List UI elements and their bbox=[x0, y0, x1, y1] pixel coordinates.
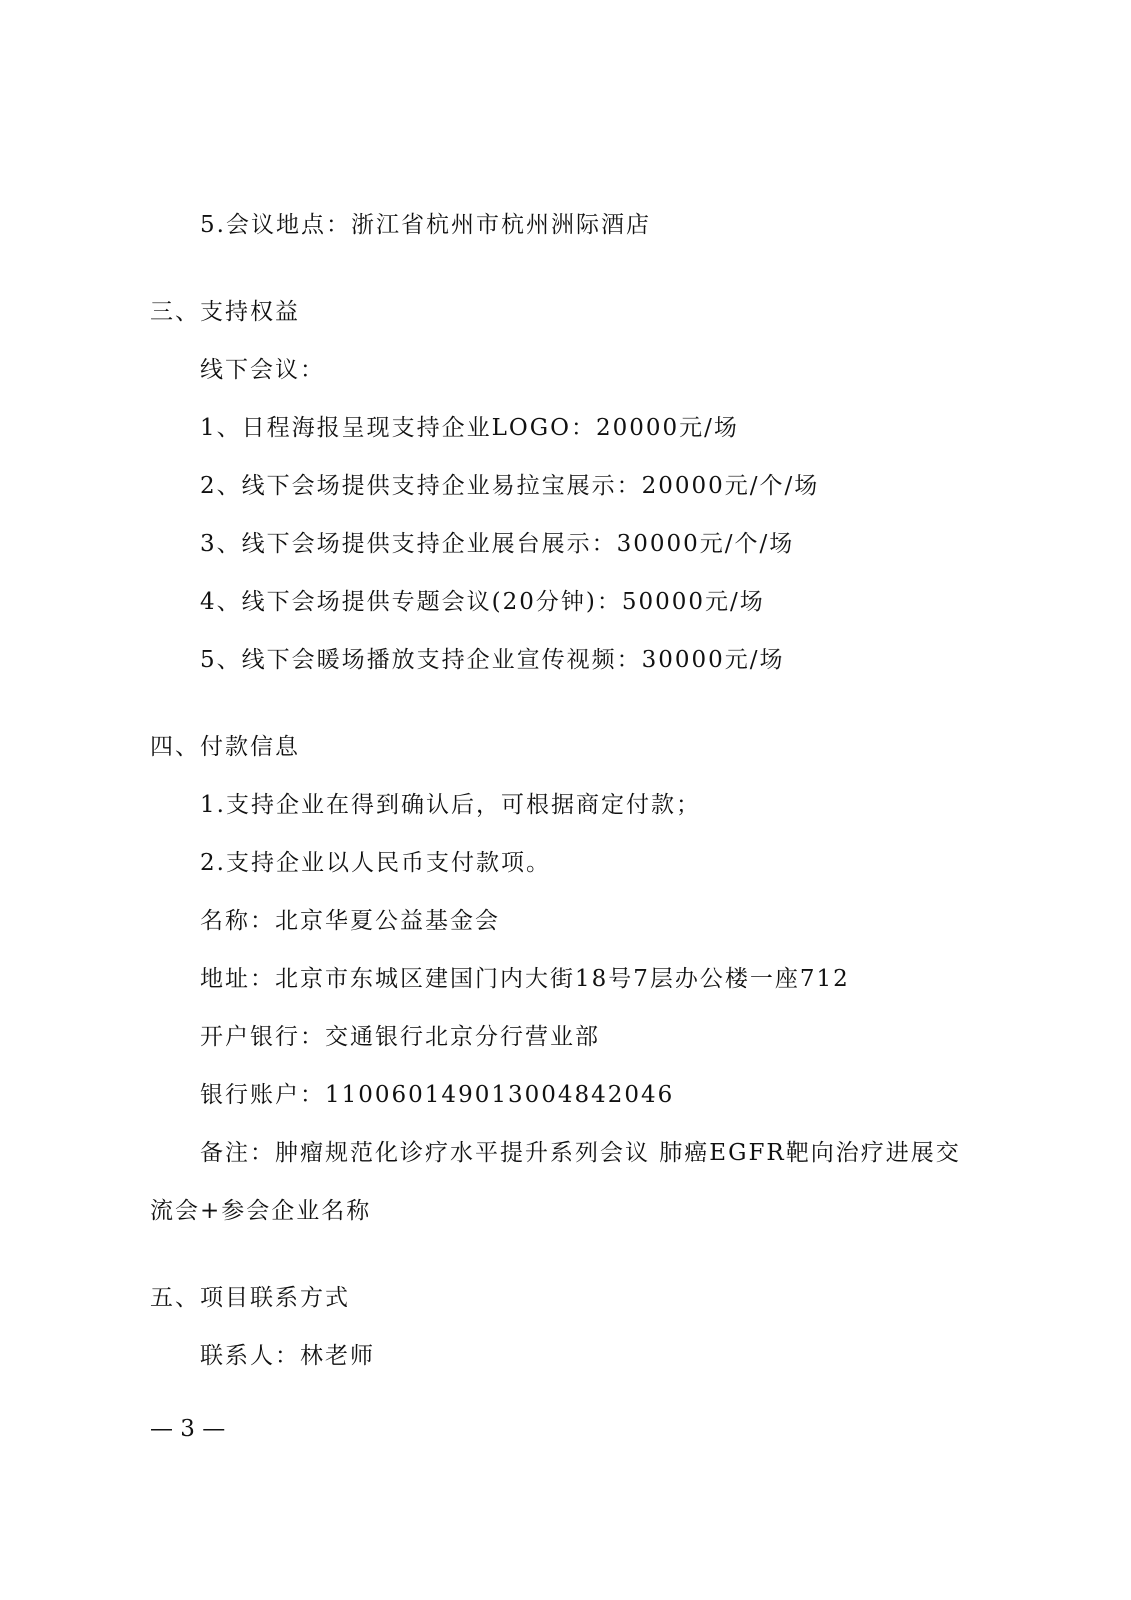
payee-address-line: 地址：北京市东城区建国门内大街18号7层办公楼一座712 bbox=[200, 964, 850, 994]
page-number: — 3 — bbox=[150, 1414, 225, 1444]
section-heading-support-benefits: 三、支持权益 bbox=[150, 297, 300, 327]
benefit-item: 5、线下会暖场播放支持企业宣传视频：30000元/场 bbox=[200, 645, 785, 675]
benefit-item: 4、线下会场提供专题会议(20分钟)：50000元/场 bbox=[200, 587, 765, 617]
remark-line: 备注：肿瘤规范化诊疗水平提升系列会议 肺癌EGFR靶向治疗进展交 bbox=[200, 1138, 961, 1168]
payment-item: 1.支持企业在得到确认后，可根据商定付款； bbox=[200, 790, 701, 820]
benefit-item: 1、日程海报呈现支持企业LOGO：20000元/场 bbox=[200, 413, 739, 443]
bank-name-line: 开户银行：交通银行北京分行营业部 bbox=[200, 1022, 600, 1052]
section-heading-contact: 五、项目联系方式 bbox=[150, 1283, 350, 1313]
section-heading-payment-info: 四、付款信息 bbox=[150, 732, 300, 762]
venue-line: 5.会议地点：浙江省杭州市杭州洲际酒店 bbox=[200, 210, 651, 240]
bank-account-line: 银行账户：110060149013004842046 bbox=[200, 1080, 674, 1110]
remark-line-continued: 流会+参会企业名称 bbox=[150, 1196, 371, 1226]
offline-meeting-subheading: 线下会议： bbox=[200, 355, 325, 385]
benefit-item: 2、线下会场提供支持企业易拉宝展示：20000元/个/场 bbox=[200, 471, 819, 501]
benefit-item: 3、线下会场提供支持企业展台展示：30000元/个/场 bbox=[200, 529, 794, 559]
contact-person-line: 联系人：林老师 bbox=[200, 1341, 375, 1371]
payee-name-line: 名称：北京华夏公益基金会 bbox=[200, 906, 500, 936]
payment-item: 2.支持企业以人民币支付款项。 bbox=[200, 848, 551, 878]
